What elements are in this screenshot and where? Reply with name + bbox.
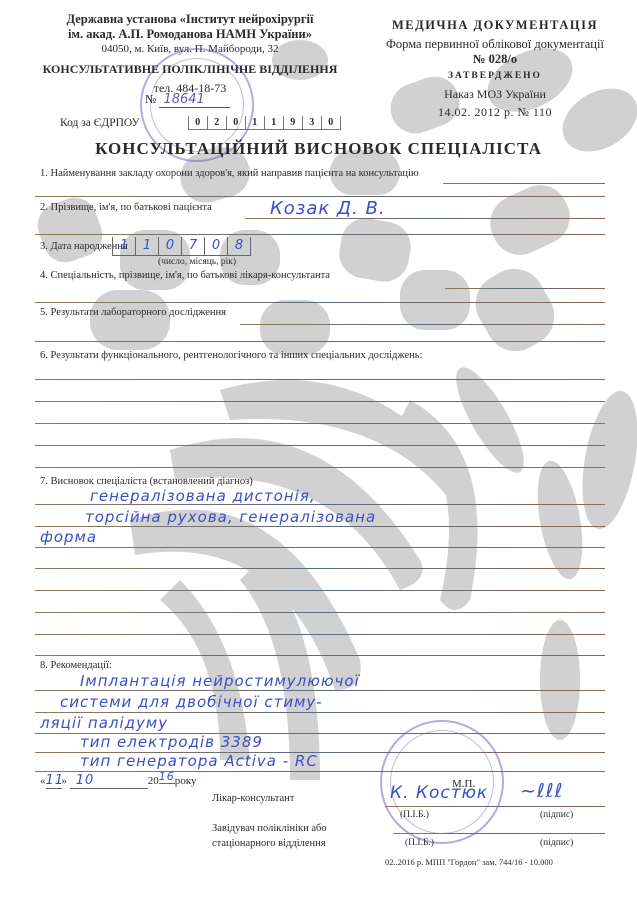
recommendation-line: Імплантація нейростимулюючої — [80, 672, 360, 690]
field-5-line — [240, 324, 605, 325]
field-8-label: 8. Рекомендації: — [40, 660, 112, 671]
field-6-line — [35, 401, 605, 402]
birth-date-digit: 7 — [182, 237, 205, 255]
field-7-line — [35, 547, 605, 548]
org-line-2: ім. акад. А.П. Ромоданова НАМН України» — [40, 27, 340, 42]
edrpou-digit: 9 — [284, 116, 303, 129]
form-number: № 028/о — [360, 52, 630, 67]
field-2-line — [245, 218, 605, 219]
edrpou-digit: 2 — [208, 116, 227, 129]
recommendation-line: ляції палідуму — [40, 714, 168, 732]
field-2-line-2 — [35, 234, 605, 235]
field-6-line — [35, 423, 605, 424]
birth-date-cells: 1 1 0 7 0 8 — [112, 237, 251, 256]
head-label-line-1: Завідувач поліклініки або — [212, 823, 327, 834]
head-pib-label: (П.І.Б.) — [405, 838, 434, 848]
field-6-line — [35, 445, 605, 446]
birth-date-hint: (число, місяць, рік) — [158, 257, 236, 267]
department-name: КОНСУЛЬТАТИВНЕ ПОЛІКЛІНІЧНЕ ВІДДІЛЕННЯ — [40, 62, 340, 77]
order-label: Наказ МОЗ України — [360, 87, 630, 102]
edrpou-cells: 0 2 0 1 1 9 3 0 — [188, 116, 341, 130]
consultant-sign-scribble: ~ℓℓℓ — [520, 780, 563, 802]
field-6-label: 6. Результати функціонального, рентгенол… — [40, 350, 422, 361]
field-4-label: 4. Спеціальність, прізвище, ім'я, по бат… — [40, 270, 330, 281]
reg-prefix: № — [145, 92, 156, 106]
medical-documentation-title: МЕДИЧНА ДОКУМЕНТАЦІЯ — [360, 18, 630, 33]
edrpou-digit: 0 — [227, 116, 246, 129]
date-year: 16 — [159, 770, 175, 784]
diagnosis-line: торсійна рухова, генералізована — [85, 508, 376, 526]
field-1-label: 1. Найменування закладу охорони здоров'я… — [40, 168, 419, 179]
date-day: 11 — [46, 773, 62, 789]
edrpou-digit: 0 — [189, 116, 208, 129]
org-line-1: Державна установа «Інститут нейрохірургі… — [40, 12, 340, 27]
birth-date-digit: 0 — [159, 237, 182, 255]
order-date: 14.02. 2012 р. № 110 — [360, 105, 630, 120]
document-title: КОНСУЛЬТАЦІЙНИЙ ВИСНОВОК СПЕЦІАЛІСТА — [0, 139, 637, 159]
registration-number: № 18641 — [145, 92, 230, 107]
consultant-signature: К. Костюк — [390, 783, 488, 803]
consultant-label: Лікар-консультант — [212, 793, 294, 804]
org-address: 04050, м. Київ, вул. П. Майбороди, 32 — [40, 42, 340, 57]
recommendation-line: системи для двобічної стиму- — [60, 693, 323, 711]
form-header: МЕДИЧНА ДОКУМЕНТАЦІЯ Форма первинної обл… — [360, 18, 630, 120]
consultant-sign-label: (підпис) — [540, 810, 573, 820]
field-5-line-2 — [35, 341, 605, 342]
field-5-label: 5. Результати лабораторного дослідження — [40, 307, 226, 318]
field-7-label: 7. Висновок спеціаліста (встановлений ді… — [40, 476, 253, 487]
recommendation-line: тип електродів 3389 — [80, 733, 263, 751]
field-8-line — [35, 712, 605, 713]
approved-label: ЗАТВЕРДЖЕНО — [360, 71, 630, 81]
date-row: «11» 102016року — [40, 770, 196, 789]
recommendation-line: тип генератора Activa - RC — [80, 752, 318, 770]
print-info: 02..2016 р. МПП "Гордон" зам. 744/16 - 1… — [385, 857, 553, 867]
reg-number-value: 18641 — [159, 92, 229, 108]
consultant-signature-line — [385, 806, 605, 807]
edrpou-digit: 1 — [246, 116, 265, 129]
field-6-line — [35, 467, 605, 468]
edrpou-digit: 3 — [303, 116, 322, 129]
field-6-line — [35, 379, 605, 380]
field-4-line — [445, 288, 605, 289]
field-7-line — [35, 526, 605, 527]
birth-date-digit: 0 — [205, 237, 228, 255]
birth-date-digit: 1 — [113, 237, 136, 255]
field-7-line — [35, 504, 605, 505]
head-sign-label: (підпис) — [540, 838, 573, 848]
field-1-line — [443, 183, 605, 184]
field-7-line — [35, 590, 605, 591]
edrpou-label: Код за ЄДРПОУ — [60, 117, 140, 129]
patient-name-value: Козак Д. В. — [270, 198, 386, 219]
year-suffix-label: року — [175, 775, 197, 787]
field-7-line — [35, 612, 605, 613]
form-label: Форма первинної облікової документації — [360, 37, 630, 52]
edrpou-digit: 0 — [322, 116, 341, 129]
edrpou-digit: 1 — [265, 116, 284, 129]
consultant-pib-label: (П.І.Б.) — [400, 810, 429, 820]
birth-date-digit: 1 — [136, 237, 159, 255]
date-month: 10 — [70, 773, 148, 789]
field-1-line-2 — [35, 196, 605, 197]
field-7-line — [35, 655, 605, 656]
head-label-line-2: стаціонарного відділення — [212, 838, 326, 849]
field-7-line — [35, 634, 605, 635]
birth-date-digit: 8 — [228, 237, 251, 255]
year-prefix: 20 — [148, 775, 159, 787]
edrpou-code: Код за ЄДРПОУ 0 2 0 1 1 9 3 0 — [60, 116, 341, 130]
field-2-label: 2. Прізвище, ім'я, по батькові пацієнта — [40, 202, 212, 213]
field-7-line — [35, 568, 605, 569]
head-signature-line — [393, 833, 605, 834]
field-4-line-2 — [35, 302, 605, 303]
field-8-line — [35, 690, 605, 691]
diagnosis-line: генералізована дистонія, — [90, 487, 316, 505]
diagnosis-line: форма — [40, 528, 97, 546]
institution-header: Державна установа «Інститут нейрохірургі… — [40, 12, 340, 96]
